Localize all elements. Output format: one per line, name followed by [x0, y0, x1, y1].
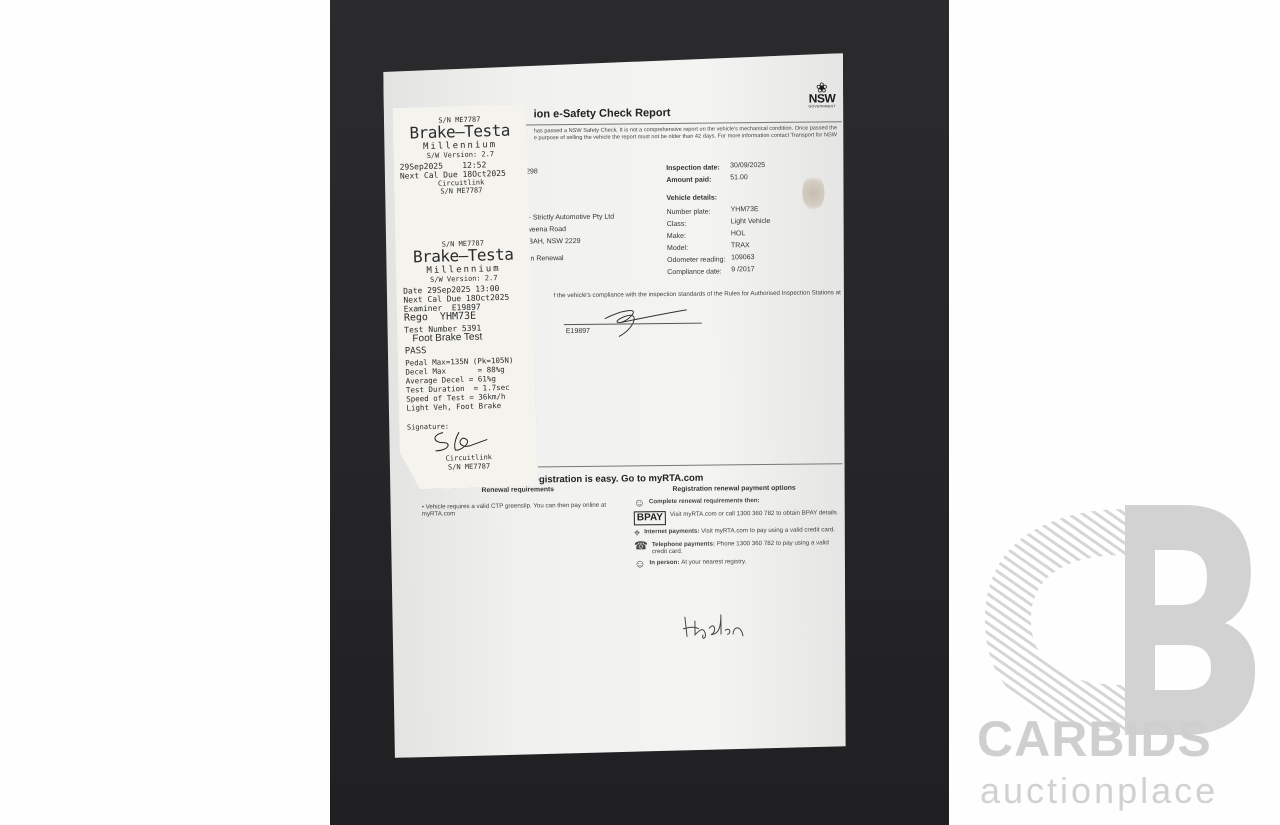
vehicle-detail-label: Number plate: — [667, 209, 711, 216]
payment-options-list: ☺Complete renewal requirements then: BPA… — [634, 496, 840, 572]
vehicle-detail-value: TRAX — [731, 242, 750, 249]
test-rego: Rego YHM73E — [404, 312, 476, 323]
paper-stain — [802, 173, 824, 209]
renewal-requirements-heading: Renewal requirements — [481, 486, 554, 494]
station-name: 1 - Strictly Automotive Pty Ltd — [523, 214, 615, 222]
tester-signature — [429, 427, 490, 455]
vehicle-detail-label: Odometer reading: — [667, 256, 725, 264]
person-icon: ☺ — [634, 498, 645, 508]
handwritten-name — [681, 610, 751, 641]
payment-option-text: Telephone payments: Phone 1300 360 782 t… — [652, 539, 839, 556]
payment-option: ☺In person: At your nearest registry. — [634, 557, 839, 569]
vehicle-detail-value: HOL — [731, 230, 745, 237]
brake-test-receipt: S/N ME7787 Brake—Testa Millennium S/W Ve… — [390, 104, 539, 490]
renewal-requirement: • Vehicle requires a valid CTP greenslip… — [422, 502, 622, 519]
vehicle-detail-label: Compliance date: — [667, 268, 722, 276]
inspection-date-label: Inspection date: — [666, 164, 720, 172]
carbids-wordmark: CARBIDS — [977, 710, 1212, 768]
payment-option: BPAYVisit myRTA.com or call 1300 360 782… — [634, 509, 839, 525]
telephone-icon: ☎ — [634, 541, 648, 551]
payment-option: ⌖Internet payments: Visit myRTA.com to p… — [634, 526, 839, 538]
payment-option-text: Complete renewal requirements then: — [649, 497, 760, 506]
test-type: Foot Brake Test — [412, 333, 482, 344]
vehicle-detail-label: Make: — [667, 233, 686, 240]
inspection-date: 30/09/2025 — [730, 162, 765, 169]
carbids-tagline: auctionplace — [980, 770, 1218, 812]
report-title: ion e-Safety Check Report — [534, 107, 671, 120]
test-result: PASS — [405, 347, 427, 357]
renewal-requirement-text: Vehicle requires a valid CTP greenslip. … — [422, 502, 606, 518]
bpay-logo: BPAY — [634, 511, 666, 525]
carbids-logo — [975, 505, 1255, 815]
payment-options-heading: Registration renewal payment options — [672, 485, 795, 493]
vehicle-detail-value: 109063 — [731, 254, 754, 261]
examiner-id: E19897 — [566, 328, 590, 335]
logo-sub: GOVERNMENT — [809, 104, 836, 108]
amount-paid-label: Amount paid: — [666, 177, 711, 184]
examiner-signature — [601, 300, 691, 341]
nsw-government-logo: ❀ NSW GOVERNMENT — [808, 81, 835, 108]
payment-option-text: Internet payments: Visit myRTA.com to pa… — [644, 526, 835, 535]
vehicle-details-heading: Vehicle details: — [666, 195, 717, 203]
vehicle-detail-label: Model: — [667, 245, 688, 252]
person-icon: ☺ — [634, 559, 645, 569]
vehicle-detail-value: YHM73E — [731, 206, 759, 213]
vehicle-detail-value: 9 /2017 — [731, 266, 754, 273]
payment-option: ☎Telephone payments: Phone 1300 360 782 … — [634, 539, 839, 556]
vehicle-detail-value: Light Vehicle — [731, 218, 771, 225]
amount-paid: 51.00 — [730, 174, 748, 181]
payment-option: ☺Complete renewal requirements then: — [634, 496, 839, 508]
mouse-icon: ⌖ — [634, 528, 640, 538]
test-measurement: Light Veh, Foot Brake — [406, 401, 501, 413]
payment-option-text: Visit myRTA.com or call 1300 360 782 to … — [670, 509, 839, 518]
vehicle-detail-label: Class: — [667, 221, 687, 228]
payment-option-text: In person: At your nearest registry. — [649, 558, 746, 566]
station-suburb: GBAH, NSW 2229 — [523, 238, 581, 246]
logo-word: NSW — [808, 93, 835, 104]
